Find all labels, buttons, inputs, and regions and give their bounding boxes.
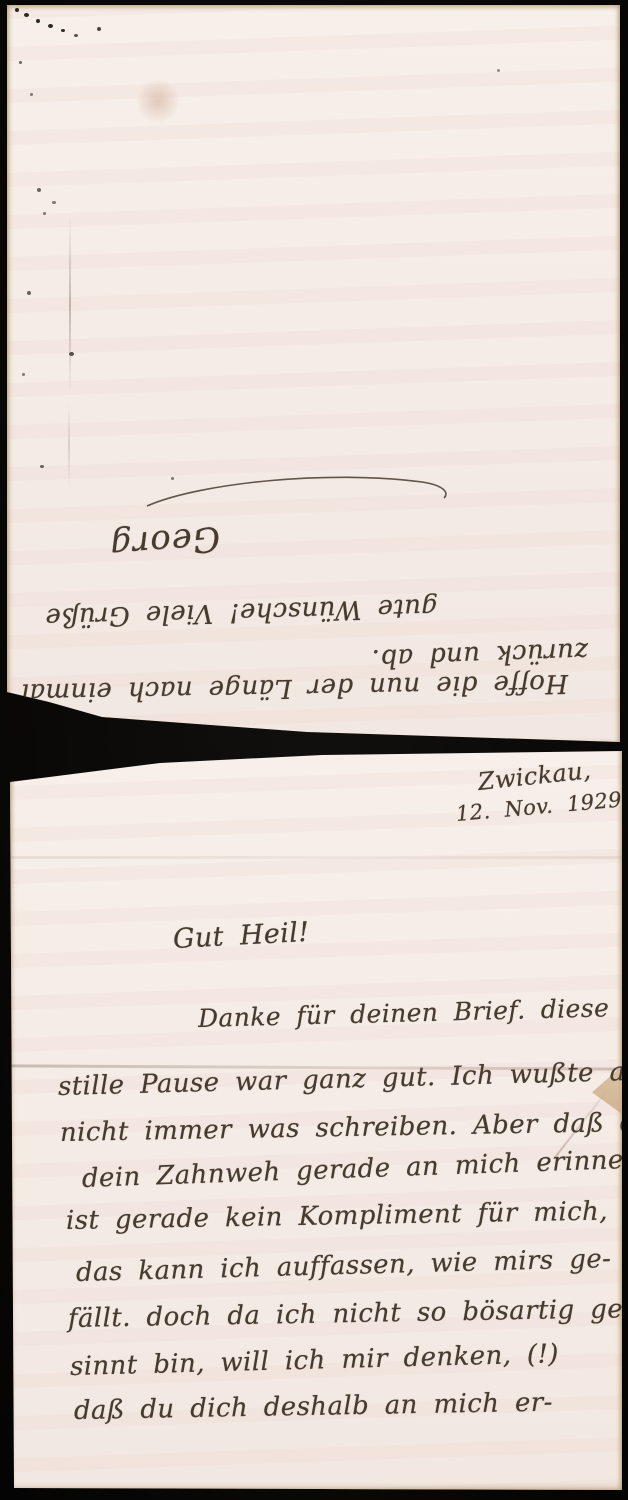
ink-speckle	[15, 8, 19, 12]
fold-crease	[10, 856, 622, 859]
letter-page-top: Hoffe die nun der Länge nach einmal zurü…	[7, 5, 620, 747]
ink-speckle	[61, 29, 65, 32]
handwriting-line: gute Wünsche! Viele Grüße	[45, 592, 439, 632]
handwriting-line: Danke für deinen Brief. diese	[198, 993, 610, 1033]
ink-speckle	[30, 93, 33, 96]
ink-speckle	[24, 13, 29, 17]
signature: Georg	[108, 518, 221, 566]
handwriting-line: sinnt bin, will ich mir denken, (!)	[70, 1339, 560, 1382]
letter-page-bottom: Zwickau, 12. Nov. 1929. Gut Heil! Danke …	[10, 744, 622, 1492]
ink-speckle	[43, 212, 46, 215]
handwriting-line: dein Zahnweh gerade an mich erinnert,	[81, 1144, 628, 1194]
handwriting-line: stille Pause war ganz gut. Ich wußte auc…	[58, 1056, 628, 1102]
ink-speckle	[48, 24, 53, 28]
ink-speckle	[27, 291, 31, 295]
place-name: Zwickau,	[477, 756, 593, 796]
ink-speckle	[97, 27, 101, 31]
handwriting-line: ist gerade kein Kompliment für mich,	[66, 1197, 608, 1236]
fold-crease	[69, 217, 71, 392]
handwriting-line: fällt. doch da ich nicht so bösartig ge-	[68, 1294, 628, 1334]
ink-speckle	[22, 373, 25, 376]
handwriting-line: nicht immer was schreiben. Aber daß dich	[60, 1107, 628, 1148]
handwriting-line: Hoffe die nun der Länge nach einmal	[20, 668, 568, 708]
greeting: Gut Heil!	[172, 917, 310, 955]
handwriting-line: daß du dich deshalb an mich er-	[74, 1388, 553, 1426]
paper-stain	[137, 77, 179, 125]
ink-speckle	[497, 69, 500, 72]
handwriting-line: das kann ich auffassen, wie mirs ge-	[76, 1244, 612, 1288]
ink-speckle	[37, 188, 41, 192]
ink-speckle	[52, 201, 56, 204]
ink-speckle	[19, 61, 22, 64]
signature-flourish	[142, 470, 452, 512]
ink-speckle	[74, 34, 78, 37]
ink-speckle	[36, 19, 40, 23]
upside-down-text-block: Hoffe die nun der Länge nach einmal zurü…	[7, 450, 620, 700]
